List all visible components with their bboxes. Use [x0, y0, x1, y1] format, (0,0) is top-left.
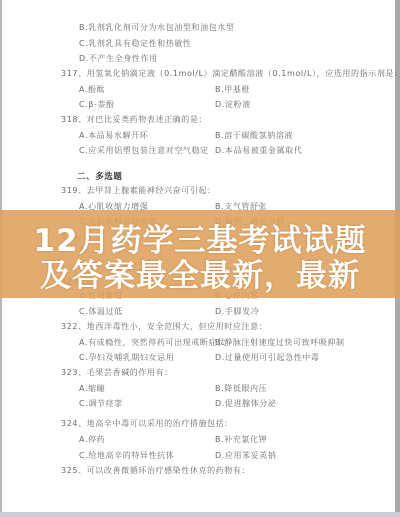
- question-317: 317、用氢氧化钠滴定液（0.1mol/L）滴定醋酸溶液（0.1mol/L），应…: [61, 68, 400, 79]
- question-322-option-c: C.孕妇及哺乳期妇女忌用: [79, 352, 174, 363]
- question-321-option-c: C.体温过低: [79, 306, 123, 317]
- question-317-option-a: A.酚酞: [79, 84, 105, 95]
- question-323-option-a: A.缩瞳: [79, 383, 105, 394]
- question-323-option-b: B.降低眼内压: [215, 383, 267, 394]
- question-322-option-a: A.有成瘾性，突然停药可出现戒断症状: [79, 337, 226, 348]
- question-321-option-d: D.手脚发冷: [215, 306, 259, 317]
- option-q316-b: B.乳剂乳化剂可分为水包油型和油包水型: [79, 22, 234, 33]
- question-323-option-d: D.促进腺体分泌: [215, 398, 277, 409]
- question-317-option-c: C.β-萘酚: [79, 99, 115, 110]
- question-323-option-c: C.调节痉挛: [79, 398, 123, 409]
- question-324-option-a: A.停药: [79, 434, 105, 445]
- question-318-option-b: B.溶于碳酸氢钠溶液: [215, 130, 293, 141]
- question-322-option-d: D.过量使用可引起急性中毒: [215, 352, 320, 363]
- question-325: 325、可以改善微循环治疗感染性休克的药物有：: [61, 465, 250, 476]
- section-title-multiple-choice: 二、多选题: [77, 170, 123, 182]
- question-324-option-d: D.应用苯妥英钠: [215, 450, 277, 461]
- title-banner: 12月药学三基考试试题 及答案最全最新，最新: [0, 210, 400, 298]
- question-319: 319、去甲肾上腺素能神经兴奋可引起：: [61, 185, 216, 196]
- banner-title: 12月药学三基考试试题 及答案最全最新，最新: [0, 224, 400, 294]
- question-323: 323、毛果芸香碱的作用有：: [61, 367, 173, 378]
- question-324: 324、地高辛中毒可以采用的治疗措施包括：: [61, 418, 233, 429]
- question-324-option-b: B.补充氯化钾: [215, 434, 267, 445]
- question-324-option-c: C.给地高辛的特异性抗体: [79, 450, 174, 461]
- question-318: 318、对巴比妥类药物表述正确的是：: [61, 114, 207, 125]
- question-318-option-d: D.本品易被重金属取代: [215, 145, 302, 156]
- question-317-option-b: B.甲基橙: [215, 84, 250, 95]
- option-q316-c: C.乳剂乳具有稳定性和热敏性: [79, 38, 192, 49]
- banner-title-line-1: 12月药学三基考试试题: [0, 224, 400, 259]
- question-322-option-b: B.静脉注射速度过快可致呼吸抑制: [215, 337, 345, 348]
- option-q316-d: D.不产生全身性作用: [79, 53, 158, 64]
- page-frame-bottom: [0, 512, 400, 517]
- banner-title-line-2: 及答案最全最新，最新: [0, 259, 400, 294]
- question-317-option-d: D.淀粉液: [215, 99, 251, 110]
- question-322: 322、地西泮毒性小，安全范围大，但应用时应注意：: [61, 321, 267, 332]
- question-318-option-c: C.应采用铝塑包装注意对空气稳定: [79, 145, 209, 156]
- question-318-option-a: A.本品易水解开环: [79, 130, 148, 141]
